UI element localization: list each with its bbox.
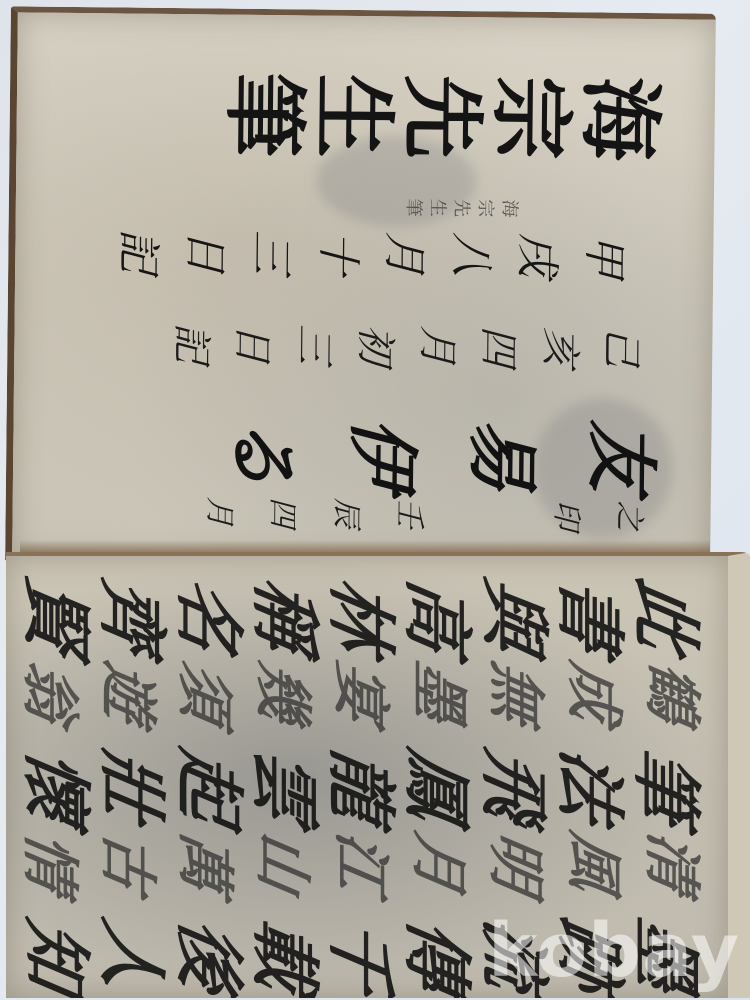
annotation-char: 先 — [450, 199, 476, 217]
date-char: 戌 — [509, 233, 573, 278]
calligraphy-char: 宴 — [324, 657, 408, 730]
inscription-char: 己 — [596, 327, 653, 368]
title-char: 海 — [577, 76, 662, 161]
name-char: 伊 — [336, 417, 441, 490]
inscription-char: 記 — [166, 322, 223, 363]
title-char: 宗 — [488, 75, 573, 160]
title-char: 生 — [310, 73, 395, 158]
date-char: 記 — [110, 228, 174, 273]
title-page: 筆 生 先 宗 海 筆 生 先 宗 海 記 日 三 十 月 八 戌 甲 記 日 … — [5, 6, 716, 567]
small-char: 辰 — [327, 498, 371, 528]
calligraphy-char: 古 — [91, 827, 175, 900]
small-inscription: 月 四 辰 壬 印 之 — [207, 489, 647, 538]
calligraphy-char: 遊 — [91, 657, 175, 730]
title-char: 筆 — [221, 73, 306, 158]
inscription-char: 日 — [227, 323, 284, 364]
seal-char: 之 — [610, 501, 654, 531]
inscription-char: 初 — [350, 324, 407, 365]
calligraphy-char: 情 — [13, 827, 97, 900]
inscription-char: 月 — [411, 325, 468, 366]
name-char: 友 — [575, 419, 680, 492]
pencil-annotation: 筆 生 先 宗 海 — [406, 194, 520, 221]
date-char: 月 — [376, 231, 440, 276]
calligraphy-char: 山 — [246, 827, 330, 900]
cursive-row: 情古萬山江月明風清 — [26, 821, 706, 905]
name-char: 易 — [456, 418, 561, 491]
calligraphy-char: 江 — [324, 827, 408, 900]
annotation-char: 宗 — [474, 199, 500, 217]
calligraphy-char: 成 — [557, 657, 641, 730]
date-char: 日 — [177, 229, 241, 274]
name-char: る — [217, 416, 322, 489]
small-char: 月 — [200, 496, 244, 526]
small-char: 壬 — [390, 498, 434, 528]
annotation-char: 生 — [426, 199, 452, 217]
small-char: 四 — [264, 497, 308, 527]
calligraphy-char: 明 — [479, 827, 563, 900]
calligraphy-char: 幾 — [246, 657, 330, 730]
book-title: 筆 生 先 宗 海 — [221, 55, 662, 180]
date-char: 三 — [243, 230, 307, 275]
watermark-logo: kobay — [488, 908, 740, 994]
calligraphy-char: 須 — [168, 657, 252, 730]
date-inscription: 記 日 三 十 月 八 戌 甲 — [120, 218, 631, 287]
inscription-char: 亥 — [534, 326, 591, 367]
inscription-char: 三 — [289, 324, 346, 365]
calligraphy-char: 墨 — [402, 657, 486, 730]
date-char: 甲 — [576, 233, 640, 278]
inscription-char: 四 — [473, 326, 530, 367]
calligraphy-char: 風 — [557, 827, 641, 900]
calligraphy-char: 月 — [402, 827, 486, 900]
calligraphy-char: 翁 — [13, 657, 97, 730]
seal-char: 印 — [547, 500, 591, 530]
second-inscription: 記 日 三 初 月 四 亥 己 — [174, 314, 645, 376]
annotation-char: 海 — [498, 199, 524, 217]
calligraphy-char: 萬 — [168, 827, 252, 900]
annotation-char: 筆 — [402, 198, 428, 216]
cursive-row: 翁遊須幾宴墨無成鶴 — [26, 651, 706, 735]
calligraphy-char: 清 — [635, 827, 719, 900]
calligraphy-char: 無 — [479, 657, 563, 730]
open-book: 筆 生 先 宗 海 筆 生 先 宗 海 記 日 三 十 月 八 戌 甲 記 日 … — [0, 0, 750, 1000]
date-char: 十 — [310, 230, 374, 275]
calligraphy-char: 鶴 — [635, 657, 719, 730]
title-char: 先 — [399, 74, 484, 159]
date-char: 八 — [443, 232, 507, 277]
